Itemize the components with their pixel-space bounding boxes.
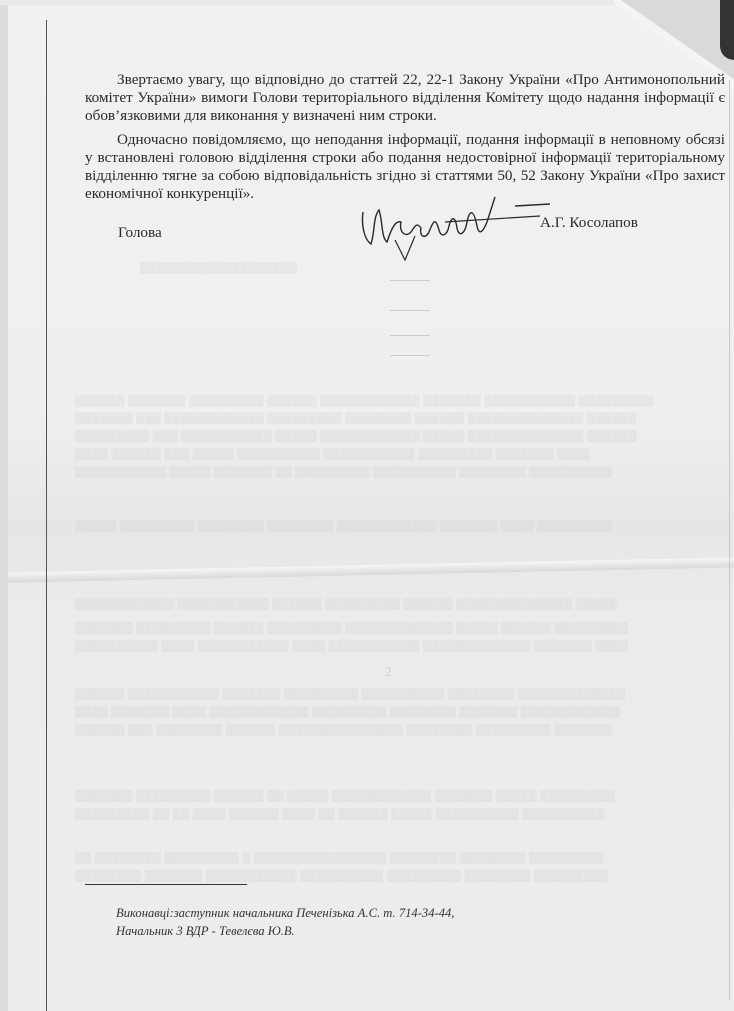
showthrough-rule [390,355,430,356]
showthrough-text: ▒▒▒▒▒▒▒▒▒ ▒▒ ▒▒ ▒▒▒▒ ▒▒▒▒▒▒ ▒▒▒▒ ▒▒ ▒▒▒▒… [75,808,715,820]
showthrough-text: ▒▒ ▒▒▒▒▒▒▒▒ ▒▒▒▒▒▒▒▒▒ ▒ ▒▒▒▒▒▒▒▒▒▒▒▒▒▒▒▒… [75,852,715,864]
showthrough-text: ▒▒▒▒▒ ▒▒▒▒▒▒▒▒▒ ▒▒▒▒▒▒▒▒ ▒▒▒▒▒▒▒▒ ▒▒▒▒▒▒… [75,520,715,532]
footer-executor-line: Виконавці:заступник начальника Печенізьк… [116,906,454,921]
signatory-name: А.Г. Косолапов [540,214,638,232]
signatory-role: Голова [118,224,162,242]
showthrough-text: ▒▒▒▒▒▒▒▒▒ ▒▒▒ ▒▒▒▒▒▒▒▒▒▒▒ ▒▒▒▒▒ ▒▒▒▒▒▒▒▒… [75,430,715,442]
showthrough-text: ▒▒▒▒▒▒▒ ▒▒▒▒▒▒▒▒▒ ▒▒▒▒▒▒ ▒▒ ▒▒▒▒▒ ▒▒▒▒▒▒… [75,790,715,802]
paragraph-1-text: Звертаємо увагу, що відповідно до статте… [85,71,725,124]
showthrough-text: ▒▒▒▒▒▒ ▒▒▒ ▒▒▒▒▒▒▒▒ ▒▒▒▒▒▒ ▒▒▒▒▒▒▒▒▒▒▒▒▒… [75,724,715,736]
showthrough-text: ▒▒▒▒▒▒▒ ▒▒▒▒▒▒▒▒▒ ▒▒▒▒▒▒ ▒▒▒▒▒▒▒▒▒ ▒▒▒▒▒… [75,622,715,634]
scan-right-edge [729,80,730,1000]
showthrough-text: ▒▒▒▒▒▒▒▒▒▒▒▒ ▒▒▒▒▒▒▒▒▒▒▒ ▒▒▒▒▒▒ ▒▒▒▒▒▒▒▒… [75,598,715,610]
showthrough-text: ▒▒▒▒▒▒▒▒▒▒ ▒▒▒▒ ▒▒▒▒▒▒▒▒▒▒▒ ▒▒▒▒ ▒▒▒▒▒▒▒… [75,640,715,652]
footer-department-head-line: Начальник 3 ВДР - Тевелєва Ю.В. [116,924,295,939]
paragraph-obligation-notice: Звертаємо увагу, що відповідно до статте… [85,71,725,125]
showthrough-text: ▒▒▒▒▒▒▒▒▒▒▒▒▒▒▒▒▒▒▒ [140,262,298,274]
showthrough-text: ▒▒▒▒ ▒▒▒▒▒▒▒ ▒▒▒▒ ▒▒▒▒▒▒▒▒▒▒▒▒ ▒▒▒▒▒▒▒▒▒… [75,706,715,718]
scan-corner-shadow [720,0,734,60]
showthrough-page-number: 2 [385,665,393,681]
showthrough-text: ▒▒▒▒▒▒ ▒▒▒▒▒▒▒▒▒▒▒ ▒▒▒▒▒▒▒ ▒▒▒▒▒▒▒▒▒ ▒▒▒… [75,688,715,700]
showthrough-rule [390,335,430,336]
showthrough-rule [390,310,430,311]
handwritten-signature [355,192,555,262]
showthrough-text: ▒▒▒▒▒▒▒ ▒▒▒ ▒▒▒▒▒▒▒▒▒▒▒▒ ▒▒▒▒▒▒▒▒▒ ▒▒▒▒▒… [75,412,715,424]
footer-divider [85,884,247,885]
showthrough-text: ▒▒▒▒▒▒▒▒▒▒▒ ▒▒▒▒▒ ▒▒▒▒▒▒▒ ▒▒ ▒▒▒▒▒▒▒▒▒ ▒… [75,466,715,478]
showthrough-rule [390,280,430,281]
showthrough-text: ▒▒▒▒▒▒ ▒▒▒▒▒▒▒ ▒▒▒▒▒▒▒▒▒ ▒▒▒▒▒▒ ▒▒▒▒▒▒▒▒… [75,395,715,407]
showthrough-text: ▒▒▒▒▒▒▒▒ ▒▒▒▒▒▒▒ ▒▒▒▒▒▒▒▒▒▒▒ ▒▒▒▒▒▒▒▒▒▒ … [75,870,715,882]
showthrough-text: ▒▒▒▒ ▒▒▒▒▒▒ ▒▒▒ ▒▒▒▒▒ ▒▒▒▒▒▒▒▒▒▒ ▒▒▒▒▒▒▒… [75,448,715,460]
scan-margin-line [46,20,47,1011]
